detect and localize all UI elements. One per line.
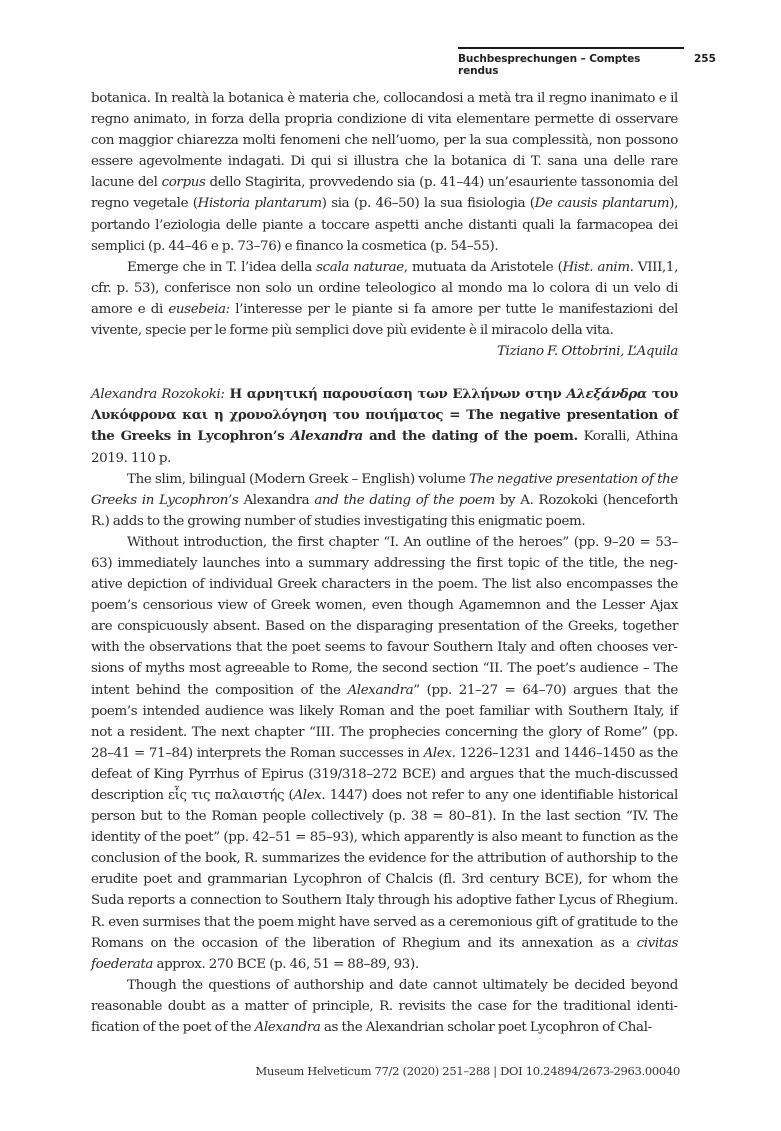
text-run: Alexandra: [238, 493, 314, 508]
journal-citation-footer: Museum Helveticum 77/2 (2020) 251–288 | …: [256, 1064, 680, 1078]
section-gap: [91, 362, 678, 384]
italic-title: De causis plantarum: [535, 196, 670, 211]
italic-title: Hist. anim.: [562, 260, 633, 275]
running-head: Buchbesprechungen – Comptes rendus: [458, 47, 684, 77]
italic-title: Alexandra: [255, 1020, 321, 1035]
body-text: botanica. In realtà la botanica è materi…: [91, 88, 678, 1038]
previous-review-paragraph-1: botanica. In realtà la botanica è materi…: [91, 88, 678, 257]
italic-title: and the dating of the poem: [314, 493, 494, 508]
review-paragraph-3: Though the questions of authorship and d…: [91, 975, 678, 1038]
italic-term: corpus: [162, 175, 206, 190]
previous-review-paragraph-2: Emerge che in T. l’idea della scala natu…: [91, 257, 678, 341]
reviewer-signature: Tiziano F. Ottobrini, L’Aquila: [91, 341, 678, 362]
page-number: 255: [694, 53, 716, 65]
book-author: Alexandra Rozokoki:: [91, 387, 225, 402]
text-run: as the Alexandrian scholar poet Lycophro…: [321, 1020, 652, 1035]
book-title-italic: Alexandra: [291, 428, 363, 444]
review-paragraph-2: Without introduction, the first chapter …: [91, 532, 678, 975]
text-run: Without introduction, the first chapter …: [91, 535, 678, 698]
text-run: ) sia (p. 46–50) la sua fisiologia (: [322, 196, 535, 211]
italic-term: eusebeia:: [168, 302, 229, 317]
book-title: Η αρνητική παρουσίαση των Ελλήνων στην: [225, 386, 567, 402]
text-run: approx. 270 BCE (p. 46, 51 = 88–89, 93).: [153, 957, 419, 972]
italic-title: Historia plantarum: [198, 196, 322, 211]
text-run: The slim, bilingual (Modern Greek – Engl…: [127, 472, 469, 487]
document-page: Buchbesprechungen – Comptes rendus 255 b…: [0, 0, 781, 1131]
review-paragraph-1: The slim, bilingual (Modern Greek – Engl…: [91, 469, 678, 532]
book-title: and the dating of the poem.: [363, 428, 578, 444]
italic-term: scala naturae: [316, 260, 404, 275]
review-bibliographic-heading: Alexandra Rozokoki: Η αρνητική παρουσίασ…: [91, 384, 678, 468]
text-run: , mutuata da Aristotele (: [404, 260, 563, 275]
italic-title: Alexandra: [347, 683, 413, 698]
text-run: Emerge che in T. l’idea della: [127, 260, 316, 275]
italic-abbrev: Alex.: [424, 746, 456, 761]
italic-abbrev: Alex.: [293, 788, 325, 803]
book-title-italic: Αλεξάνδρα: [566, 386, 646, 402]
text-run: 1447) does not refer to any one identifi…: [91, 788, 678, 951]
